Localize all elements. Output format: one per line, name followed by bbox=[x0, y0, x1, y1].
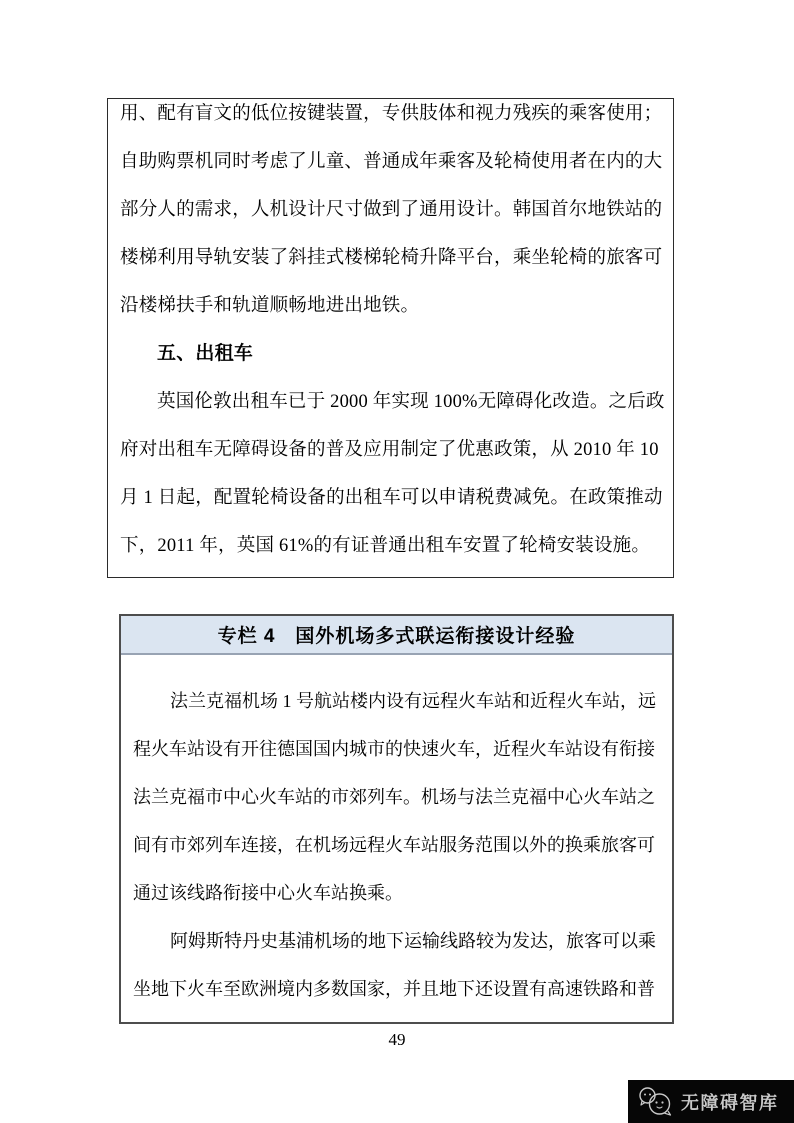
callout-text-line: 间有市郊列车连接，在机场远程火车站服务范围以外的换乘旅客可 bbox=[133, 821, 660, 869]
callout-text-line: 法兰克福市中心火车站的市郊列车。机场与法兰克福中心火车站之 bbox=[133, 773, 660, 821]
body-text-line: 府对出租车无障碍设备的普及应用制定了优惠政策，从 2010 年 10 bbox=[120, 426, 661, 474]
callout-text-line: 坐地下火车至欧洲境内多数国家，并且地下还设置有高速铁路和普 bbox=[133, 965, 660, 1013]
callout-text-line: 法兰克福机场 1 号航站楼内设有远程火车站和近程火车站，远 bbox=[133, 677, 660, 725]
continuation-text-box: 用、配有盲文的低位按键装置，专供肢体和视力残疾的乘客使用； 自助购票机同时考虑了… bbox=[107, 98, 674, 578]
continuation-lines: 用、配有盲文的低位按键装置，专供肢体和视力残疾的乘客使用； 自助购票机同时考虑了… bbox=[120, 98, 661, 570]
body-text-line: 英国伦敦出租车已于 2000 年实现 100%无障碍化改造。之后政 bbox=[120, 378, 661, 426]
body-text-line: 下，2011 年，英国 61%的有证普通出租车安置了轮椅安装设施。 bbox=[120, 522, 661, 570]
watermark-text: 无障碍智库 bbox=[681, 1089, 779, 1115]
callout-box-4: 专栏 4 国外机场多式联运衔接设计经验 法兰克福机场 1 号航站楼内设有远程火车… bbox=[119, 614, 674, 1024]
chat-bubbles-logo-icon bbox=[637, 1086, 674, 1117]
body-text-line: 用、配有盲文的低位按键装置，专供肢体和视力残疾的乘客使用； bbox=[120, 98, 661, 138]
callout-text-line: 阿姆斯特丹史基浦机场的地下运输线路较为发达，旅客可以乘 bbox=[133, 917, 660, 965]
callout-text-line: 通过该线路衔接中心火车站换乘。 bbox=[133, 869, 660, 917]
section-heading: 五、出租车 bbox=[120, 330, 661, 378]
body-text-line: 部分人的需求，人机设计尺寸做到了通用设计。韩国首尔地铁站的 bbox=[120, 186, 661, 234]
callout-title: 专栏 4 国外机场多式联运衔接设计经验 bbox=[121, 616, 672, 655]
watermark-banner: 无障碍智库 bbox=[628, 1080, 794, 1123]
body-text-line: 楼梯利用导轨安装了斜挂式楼梯轮椅升降平台，乘坐轮椅的旅客可 bbox=[120, 234, 661, 282]
page-number: 49 bbox=[0, 1030, 794, 1050]
body-text-line: 沿楼梯扶手和轨道顺畅地进出地铁。 bbox=[120, 282, 661, 330]
document-page: 用、配有盲文的低位按键装置，专供肢体和视力残疾的乘客使用； 自助购票机同时考虑了… bbox=[0, 0, 794, 1123]
callout-text-line: 程火车站设有开往德国国内城市的快速火车，近程火车站设有衔接 bbox=[133, 725, 660, 773]
body-text-line: 自助购票机同时考虑了儿童、普通成年乘客及轮椅使用者在内的大 bbox=[120, 138, 661, 186]
callout-body: 法兰克福机场 1 号航站楼内设有远程火车站和近程火车站，远 程火车站设有开往德国… bbox=[121, 655, 672, 1013]
body-text-line: 月 1 日起，配置轮椅设备的出租车可以申请税费减免。在政策推动 bbox=[120, 474, 661, 522]
